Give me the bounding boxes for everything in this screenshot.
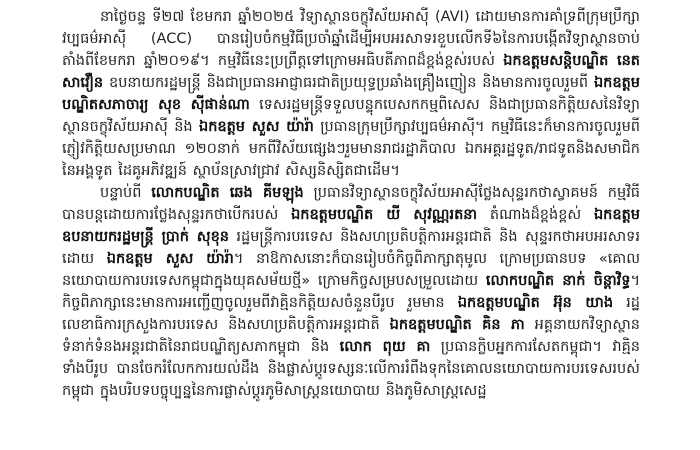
name-neak-chandarith: លោកបណ្ឌិត នាក់ ចិន្តាវិទ្ធ [486,273,631,289]
name-yi-sovannratana: ឯកឧត្តមបណ្ឌិត យី សុវណ្ណរតនា [291,207,477,223]
name-suos-yara: ឯកឧត្តម សួស យ៉ារ៉ា [199,119,314,135]
text-segment: បន្ទាប់ពី [100,185,151,201]
name-kin-phea: ឯកឧត្តមបណ្ឌិត គិន ភា [390,317,525,333]
name-suos-yara-2: ឯកឧត្តម សួស យ៉ារ៉ា [107,251,234,267]
name-chheang-kimlong: លោកបណ្ឌិត ឆេង គីមឡុង [151,185,303,201]
text-segment: ឧបនាយករដ្ឋមន្ត្រី និងជាប្រធានអាជ្ញាធរជាត… [103,75,594,91]
paragraph-program-details: បន្ទាប់ពី លោកបណ្ឌិត ឆេង គីមឡុង ប្រធានវិទ… [62,182,640,402]
text-segment: តំណាងដ៏ខ្ពង់ខ្ពស់ [477,207,594,223]
name-puy-kea: លោក ពុយ គា [340,339,431,355]
paragraph-event-intro: នាថ្ងៃចន្ទ ទី២៧ ខែមករា ឆ្នាំ២០២៥ វិទ្យាស… [62,6,640,182]
article-body: នាថ្ងៃចន្ទ ទី២៧ ខែមករា ឆ្នាំ២០២៥ វិទ្យាស… [62,6,640,402]
name-un-yang: ឯកឧត្តមបណ្ឌិត អ៊ុន យាង [458,295,613,311]
